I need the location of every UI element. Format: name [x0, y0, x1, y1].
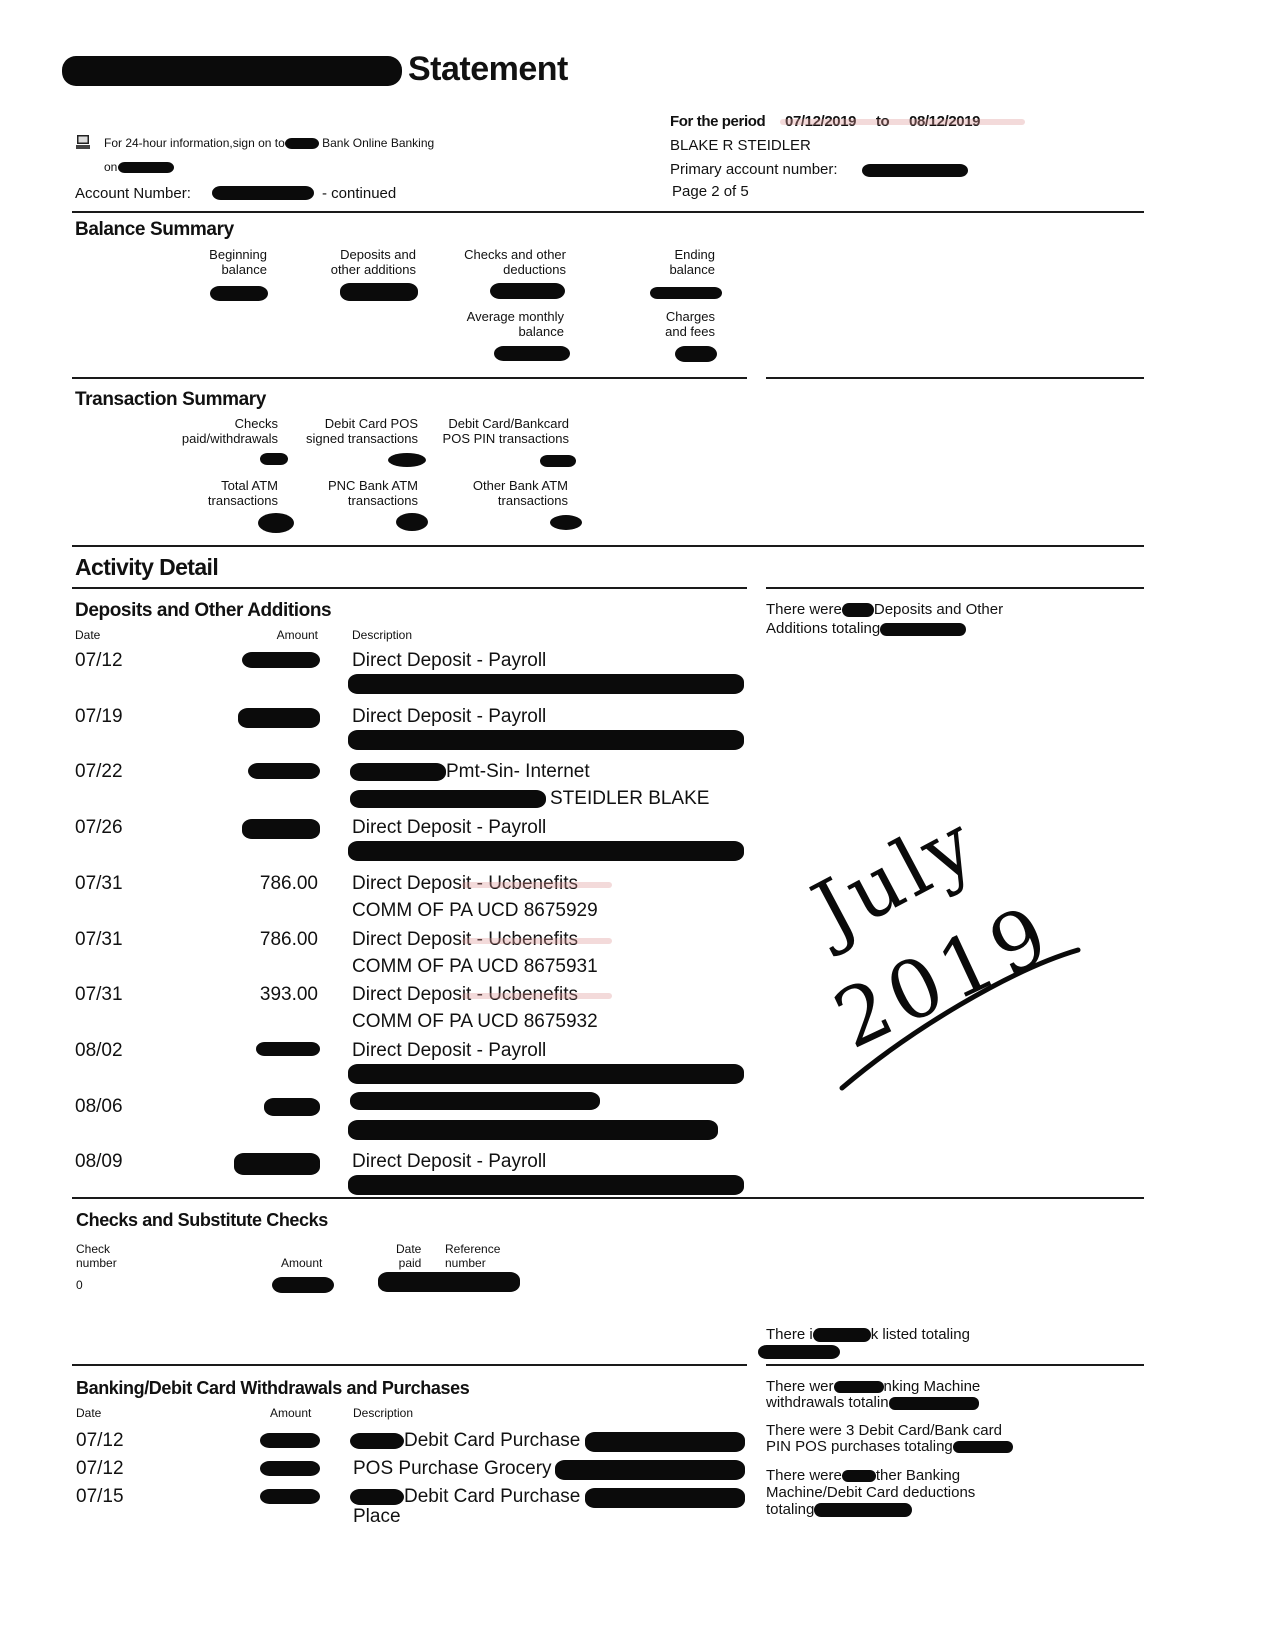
redacted-text	[555, 1460, 745, 1480]
divider	[766, 1364, 1144, 1366]
account-number-label: Account Number:	[75, 185, 191, 202]
divider	[72, 1197, 1144, 1199]
redacted-total-atm	[258, 513, 294, 533]
other-atm-label: Other Bank ATM transactions	[420, 478, 568, 508]
redacted-deposits-total	[340, 283, 418, 301]
row-amount: 786.00	[218, 873, 318, 895]
deposits-section-title: Deposits and Other Additions	[75, 600, 331, 622]
redacted-other-atm	[550, 515, 582, 530]
redacted-checks-total	[758, 1345, 840, 1359]
redacted-pos-signed-count	[388, 453, 426, 467]
online-banking-text: For 24-hour information,sign on to Bank …	[104, 136, 434, 150]
redacted-amount	[242, 652, 320, 668]
row-date: 07/26	[75, 817, 123, 839]
redacted-amount	[238, 708, 320, 728]
account-continued: - continued	[322, 185, 396, 202]
row-description-detail: COMM OF PA UCD 8675931	[352, 956, 598, 978]
redacted-amount	[248, 763, 320, 779]
col-header-check-number: Check number	[76, 1242, 117, 1270]
customer-name: BLAKE R STEIDLER	[670, 137, 811, 154]
beginning-balance-label: Beginning balance	[160, 247, 267, 277]
divider	[766, 587, 1144, 589]
redacted-pnc-atm	[396, 513, 428, 531]
redacted-check-amount	[272, 1277, 334, 1293]
redacted-text	[348, 841, 744, 861]
row-description: Direct Deposit - Payroll	[352, 706, 546, 728]
redacted-deductions-total	[490, 283, 565, 299]
redacted-average-balance	[494, 346, 570, 361]
col-header-amount: Amount	[270, 1406, 311, 1420]
highlight-mark	[462, 882, 612, 888]
redacted-bank-name	[62, 56, 402, 86]
charges-fees-label: Charges and fees	[620, 309, 715, 339]
handwritten-underline	[790, 790, 1110, 1110]
row-date: 07/19	[75, 706, 123, 728]
row-description: Debit Card Purchase	[404, 1486, 580, 1508]
balance-summary-title: Balance Summary	[75, 219, 234, 241]
row-description: Pmt-Sin- Internet	[446, 761, 590, 783]
redacted-charges-fees	[675, 346, 717, 362]
checks-paid-label: Checks paid/withdrawals	[150, 416, 278, 446]
row-description: Direct Deposit - Payroll	[352, 1040, 546, 1062]
check-number: 0	[76, 1278, 83, 1292]
row-date: 07/15	[76, 1486, 124, 1508]
computer-icon	[75, 134, 91, 150]
divider	[766, 377, 1144, 379]
pnc-atm-label: PNC Bank ATM transactions	[290, 478, 418, 508]
online-banking-url-line: on	[104, 160, 117, 174]
redacted-text	[348, 674, 744, 694]
col-header-description: Description	[352, 628, 412, 642]
row-date: 07/31	[75, 929, 123, 951]
checks-deductions-label: Checks and other deductions	[430, 247, 566, 277]
transaction-summary-title: Transaction Summary	[75, 389, 266, 411]
redacted-text	[350, 1433, 404, 1449]
highlight-mark	[462, 938, 612, 944]
atm-withdrawals-summary: There wernking Machine withdrawals total…	[766, 1379, 1066, 1411]
col-header-description: Description	[353, 1406, 413, 1420]
row-description-detail: STEIDLER BLAKE	[550, 788, 709, 810]
row-date: 08/09	[75, 1151, 123, 1173]
divider	[72, 545, 1144, 547]
row-amount: 393.00	[218, 984, 318, 1006]
redacted-amount	[260, 1433, 320, 1448]
row-description-detail: Place	[353, 1506, 401, 1528]
redacted-checks-count	[260, 453, 288, 465]
row-description-detail: COMM OF PA UCD 8675932	[352, 1011, 598, 1033]
highlight-mark	[780, 119, 1025, 125]
redacted-text	[585, 1432, 745, 1452]
highlight-mark	[462, 993, 612, 999]
row-date: 07/22	[75, 761, 123, 783]
row-date: 07/12	[75, 650, 123, 672]
redacted-text	[350, 1489, 404, 1505]
redacted-text	[348, 1064, 744, 1084]
redacted-ending-balance	[650, 287, 722, 299]
row-description-detail: COMM OF PA UCD 8675929	[352, 900, 598, 922]
row-date: 07/12	[76, 1458, 124, 1480]
redacted-text	[348, 1120, 718, 1140]
redacted-text	[348, 1175, 744, 1195]
col-header-date: Date	[75, 628, 100, 642]
col-header-date-paid: Date paid	[396, 1242, 421, 1270]
row-date: 08/06	[75, 1096, 123, 1118]
redacted-amount	[234, 1153, 320, 1175]
redacted-primary-account	[862, 164, 968, 177]
deposits-summary: There wereDeposits and Other Additions t…	[766, 600, 1066, 638]
redacted-amount	[260, 1489, 320, 1504]
redacted-check-ref	[378, 1272, 520, 1292]
row-description: Direct Deposit - Payroll	[352, 817, 546, 839]
divider	[72, 1364, 747, 1366]
pin-pos-summary: There were 3 Debit Card/Bank card PIN PO…	[766, 1423, 1086, 1455]
redacted-amount	[260, 1461, 320, 1476]
row-description: POS Purchase Grocery	[353, 1458, 552, 1480]
redacted-amount	[242, 819, 320, 839]
row-date: 07/12	[76, 1430, 124, 1452]
row-amount: 786.00	[218, 929, 318, 951]
redacted-text	[350, 1092, 600, 1110]
redacted-account-number	[212, 186, 314, 200]
redacted-text	[348, 730, 744, 750]
pos-signed-label: Debit Card POS signed transactions	[290, 416, 418, 446]
primary-account-label: Primary account number:	[670, 161, 838, 178]
activity-detail-title: Activity Detail	[75, 554, 218, 581]
col-header-amount: Amount	[240, 628, 318, 642]
average-monthly-balance-label: Average monthly balance	[430, 309, 564, 339]
row-description: Direct Deposit - Payroll	[352, 650, 546, 672]
col-header-date: Date	[76, 1406, 101, 1420]
col-header-amount: Amount	[281, 1256, 322, 1270]
redacted-amount	[264, 1098, 320, 1116]
redacted-pos-pin-count	[540, 455, 576, 467]
divider	[72, 587, 747, 589]
redacted-amount	[256, 1042, 320, 1056]
row-date: 07/31	[75, 984, 123, 1006]
col-header-reference: Reference number	[445, 1242, 500, 1270]
row-description: Debit Card Purchase	[404, 1430, 580, 1452]
checks-section-title: Checks and Substitute Checks	[76, 1210, 328, 1231]
statement-title: Statement	[408, 50, 568, 89]
pos-pin-label: Debit Card/Bankcard POS PIN transactions	[420, 416, 569, 446]
checks-summary: There ik listed totaling	[766, 1326, 970, 1343]
ending-balance-label: Ending balance	[620, 247, 715, 277]
redacted-beginning-balance	[210, 286, 268, 301]
other-deductions-summary: There werether Banking Machine/Debit Car…	[766, 1467, 1086, 1518]
row-description: Direct Deposit - Payroll	[352, 1151, 546, 1173]
row-date: 07/31	[75, 873, 123, 895]
page-indicator: Page 2 of 5	[672, 183, 749, 200]
row-date: 08/02	[75, 1040, 123, 1062]
redacted-text	[585, 1488, 745, 1508]
redacted-text	[350, 790, 546, 808]
redacted-text	[350, 763, 446, 781]
divider	[72, 211, 1144, 213]
total-atm-label: Total ATM transactions	[150, 478, 278, 508]
handwritten-annotation: July 2019	[790, 790, 1110, 1110]
deposits-additions-label: Deposits and other additions	[290, 247, 416, 277]
withdrawals-section-title: Banking/Debit Card Withdrawals and Purch…	[76, 1378, 469, 1399]
divider	[72, 377, 747, 379]
redacted-url	[118, 162, 174, 173]
